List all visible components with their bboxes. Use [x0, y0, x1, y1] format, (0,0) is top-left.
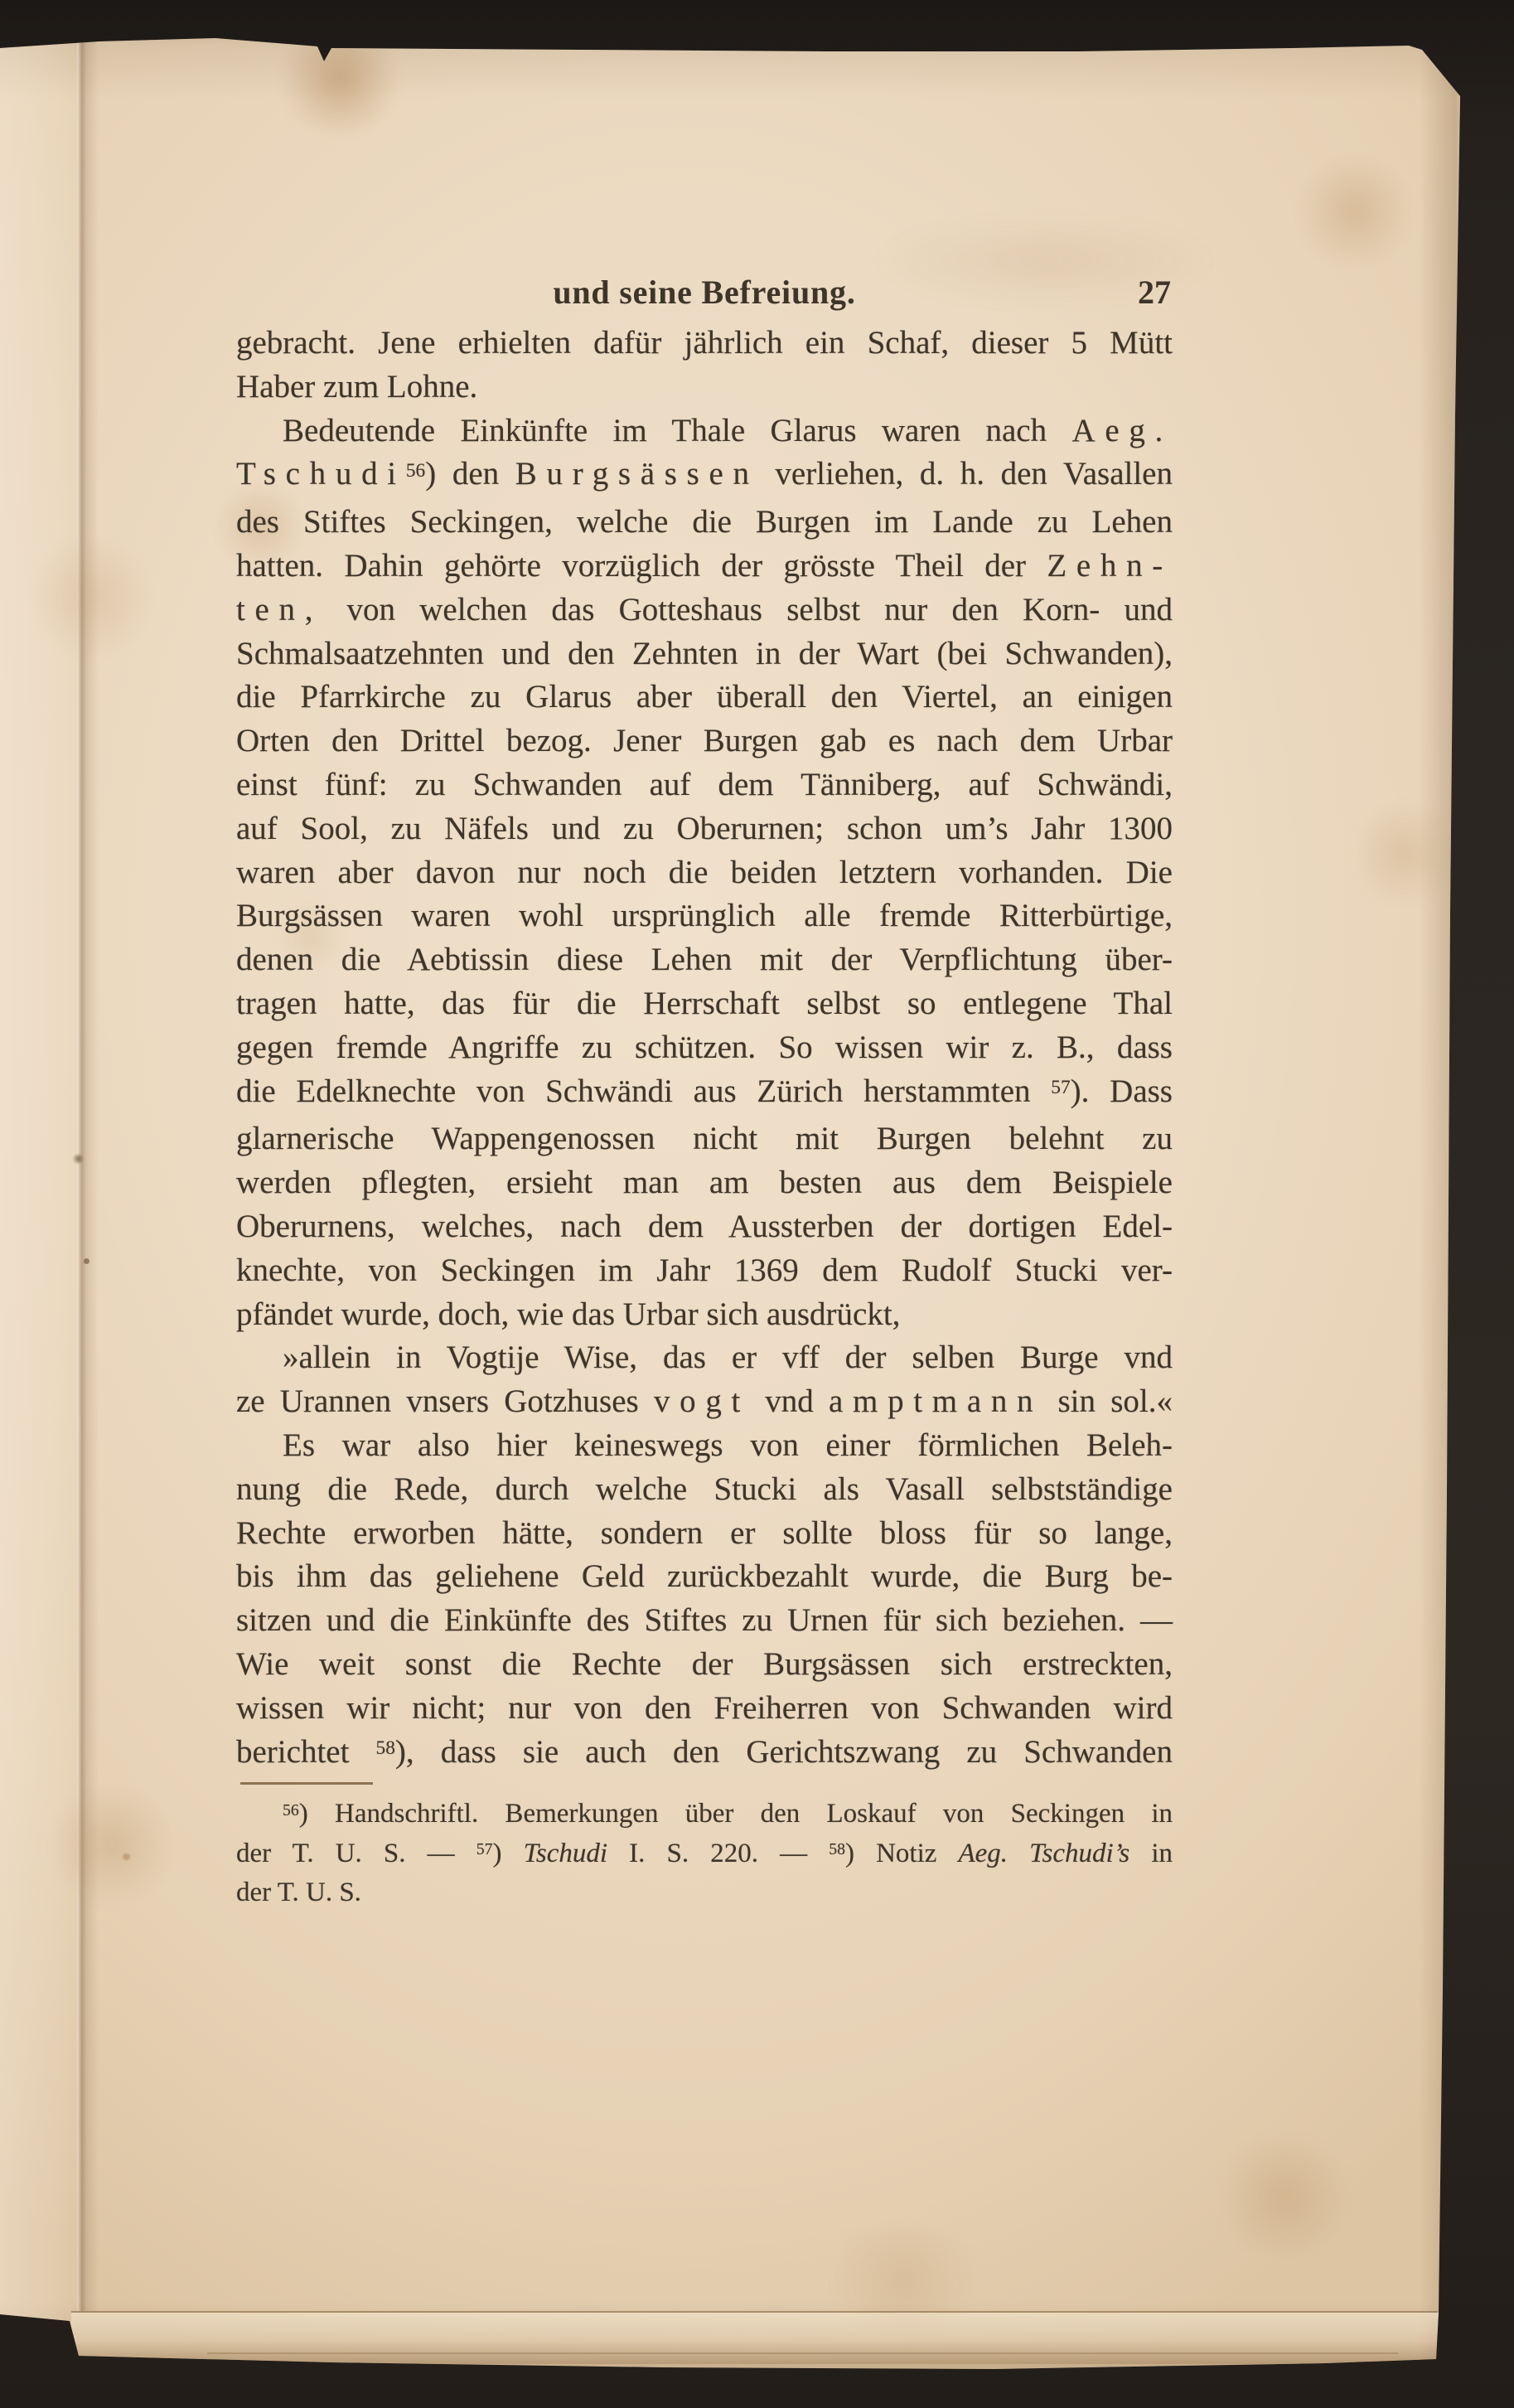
text-segment: die Pfarrkirche zu Glarus aber überall d…	[236, 679, 1173, 715]
printed-content: und seine Befreiung. 27 gebracht. Jene e…	[0, 0, 1514, 2408]
body-text: gebracht. Jene erhielten dafür jährlich …	[236, 322, 1173, 1778]
body-text-line: ze Urannen vnsers Gotzhuses vogt vnd amp…	[236, 1380, 1173, 1424]
body-text-line: des Stiftes Seckingen, welche die Burgen…	[236, 501, 1173, 545]
text-segment: der T. U. S. —	[236, 1839, 476, 1868]
text-segment: Burgsässen waren wohl ursprünglich alle …	[236, 898, 1173, 933]
body-text-line: auf Sool, zu Näfels und zu Oberurnen; sc…	[236, 807, 1173, 851]
text-segment: Tschudi	[236, 456, 406, 492]
text-segment: Tschudi	[524, 1839, 607, 1868]
body-text-line: »allein in Vogtije Wise, das er vff der …	[236, 1336, 1173, 1380]
footnote-line: der T. U. S. — 57) Tschudi I. S. 220. — …	[236, 1836, 1173, 1876]
text-segment: des Stiftes Seckingen, welche die Burgen…	[236, 504, 1173, 540]
text-segment: tragen hatte, das für die Herrschaft sel…	[236, 986, 1173, 1021]
text-segment: Burgsässen	[515, 456, 759, 492]
text-segment: Schmalsaatzehnten und den Zehnten in der…	[236, 636, 1173, 671]
text-segment: Orten den Drittel bezog. Jener Burgen ga…	[236, 723, 1173, 758]
body-text-line: nung die Rede, durch welche Stucki als V…	[236, 1468, 1173, 1512]
body-text-line: sitzen und die Einkünfte des Stiftes zu …	[236, 1599, 1173, 1643]
text-segment: werden pflegten, ersieht man am besten a…	[236, 1165, 1173, 1200]
body-text-line: die Edelknechte von Schwändi aus Zürich …	[236, 1070, 1173, 1118]
body-text-line: gegen fremde Angriffe zu schützen. So wi…	[236, 1026, 1173, 1070]
body-text-line: tragen hatte, das für die Herrschaft sel…	[236, 982, 1173, 1026]
body-text-line: Oberurnens, welches, nach dem Aussterben…	[236, 1205, 1173, 1249]
footnote-marker: 56	[406, 460, 425, 482]
text-segment: waren aber davon nur noch die beiden let…	[236, 855, 1173, 890]
body-text-line: werden pflegten, ersieht man am besten a…	[236, 1161, 1173, 1205]
text-segment: ten,	[236, 592, 322, 627]
text-segment: verliehen, d. h. den Vasallen	[759, 456, 1173, 492]
text-segment: nung die Rede, durch welche Stucki als V…	[236, 1471, 1173, 1507]
body-text-line: Es war also hier keineswegs von einer fö…	[236, 1424, 1173, 1468]
body-text-line: bis ihm das geliehene Geld zurückbezahlt…	[236, 1555, 1173, 1599]
text-segment: wissen wir nicht; nur von den Freiherren…	[236, 1690, 1173, 1726]
text-segment: Aeg. Tschudi’s	[959, 1839, 1130, 1868]
body-text-line: die Pfarrkirche zu Glarus aber überall d…	[236, 676, 1173, 719]
body-text-line: Rechte erworben hätte, sondern er sollte…	[236, 1512, 1173, 1556]
text-segment: denen die Aebtissin diese Lehen mit der …	[236, 942, 1173, 977]
text-segment: auf Sool, zu Näfels und zu Oberurnen; sc…	[236, 811, 1173, 846]
text-segment: ) Handschriftl. Bemerkungen über den Los…	[299, 1799, 1173, 1829]
text-segment: Es war also hier keineswegs von einer fö…	[283, 1427, 1173, 1463]
text-segment: gebracht. Jene erhielten dafür jährlich …	[236, 325, 1173, 361]
text-segment: ), dass sie auch den Gerichtszwang zu Sc…	[395, 1734, 1173, 1770]
body-text-line: hatten. Dahin gehörte vorzüglich der grö…	[236, 545, 1173, 589]
text-segment: vogt	[654, 1383, 750, 1419]
footnote-marker: 56	[283, 1801, 299, 1819]
footnote-marker: 58	[829, 1840, 845, 1858]
text-segment: gegen fremde Angriffe zu schützen. So wi…	[236, 1030, 1173, 1065]
footnote-marker: 57	[1051, 1077, 1070, 1098]
body-text-line: gebracht. Jene erhielten dafür jährlich …	[236, 322, 1173, 366]
text-segment: Aeg.	[1071, 413, 1173, 448]
body-text-line: waren aber davon nur noch die beiden let…	[236, 851, 1173, 895]
footnote-rule	[240, 1782, 373, 1785]
text-segment: sin sol.«	[1042, 1383, 1173, 1419]
body-text-line: berichtet 58), dass sie auch den Gericht…	[236, 1731, 1173, 1779]
text-segment: knechte, von Seckingen im Jahr 1369 dem …	[236, 1252, 1173, 1288]
text-segment: Bedeutende Einkünfte im Thale Glarus war…	[283, 413, 1071, 448]
body-text-line: Burgsässen waren wohl ursprünglich alle …	[236, 894, 1173, 938]
text-segment: die Edelknechte von Schwändi aus Zürich …	[236, 1073, 1051, 1109]
text-segment: der T. U. S.	[236, 1877, 361, 1907]
text-segment: Wie weit sonst die Rechte der Burgsässen…	[236, 1646, 1173, 1682]
body-text-line: einst fünf: zu Schwanden auf dem Tännibe…	[236, 763, 1173, 807]
text-segment: Zehn-	[1047, 548, 1173, 584]
text-segment: »allein in Vogtije Wise, das er vff der …	[283, 1340, 1173, 1375]
footnote-line: der T. U. S.	[236, 1875, 1173, 1911]
body-text-line: Schmalsaatzehnten und den Zehnten in der…	[236, 632, 1173, 676]
text-segment: Haber zum Lohne.	[236, 369, 477, 405]
text-segment: einst fünf: zu Schwanden auf dem Tännibe…	[236, 767, 1173, 802]
text-segment: glarnerische Wappengenossen nicht mit Bu…	[236, 1121, 1173, 1156]
text-segment: ) den	[425, 456, 515, 492]
text-segment: in	[1129, 1839, 1173, 1868]
body-text-line: wissen wir nicht; nur von den Freiherren…	[236, 1687, 1173, 1731]
text-segment: sitzen und die Einkünfte des Stiftes zu …	[236, 1602, 1173, 1638]
text-segment: bis ihm das geliehene Geld zurückbezahlt…	[236, 1558, 1173, 1594]
body-text-line: Bedeutende Einkünfte im Thale Glarus war…	[236, 409, 1173, 453]
text-segment: amptmann	[829, 1383, 1042, 1419]
body-text-line: ten, von welchen das Gotteshaus selbst n…	[236, 589, 1173, 632]
text-segment: Oberurnens, welches, nach dem Aussterben…	[236, 1209, 1173, 1244]
running-title: und seine Befreiung.	[236, 273, 1173, 313]
page-number: 27	[1138, 273, 1171, 313]
footnotes: 56) Handschriftl. Bemerkungen über den L…	[236, 1796, 1173, 1911]
body-text-line: Wie weit sonst die Rechte der Burgsässen…	[236, 1643, 1173, 1687]
text-segment: vnd	[750, 1383, 829, 1419]
text-segment: I. S. 220. —	[607, 1839, 829, 1868]
body-text-line: denen die Aebtissin diese Lehen mit der …	[236, 938, 1173, 982]
footnote-marker: 57	[476, 1840, 493, 1858]
body-text-line: Orten den Drittel bezog. Jener Burgen ga…	[236, 719, 1173, 763]
footnote-marker: 58	[376, 1737, 395, 1759]
text-segment: berichtet	[236, 1734, 376, 1770]
text-segment: ) Notiz	[845, 1839, 959, 1868]
text-segment: ze Urannen vnsers Gotzhuses	[236, 1383, 654, 1419]
text-segment: hatten. Dahin gehörte vorzüglich der grö…	[236, 548, 1047, 584]
body-text-line: Tschudi56) den Burgsässen verliehen, d. …	[236, 453, 1173, 501]
footnote-line: 56) Handschriftl. Bemerkungen über den L…	[236, 1796, 1173, 1836]
body-text-line: pfändet wurde, doch, wie das Urbar sich …	[236, 1293, 1173, 1337]
body-text-line: knechte, von Seckingen im Jahr 1369 dem …	[236, 1249, 1173, 1293]
body-text-line: Haber zum Lohne.	[236, 366, 1173, 409]
text-segment: von welchen das Gotteshaus selbst nur de…	[322, 592, 1173, 627]
running-header: und seine Befreiung. 27	[236, 273, 1173, 314]
text-segment: pfändet wurde, doch, wie das Urbar sich …	[236, 1296, 900, 1332]
body-text-line: glarnerische Wappengenossen nicht mit Bu…	[236, 1117, 1173, 1161]
book-scan: { "document": { "language": "de", "runni…	[0, 0, 1514, 2408]
text-segment: Rechte erworben hätte, sondern er sollte…	[236, 1515, 1173, 1551]
text-segment: ). Dass	[1071, 1073, 1173, 1109]
text-segment: )	[493, 1839, 524, 1868]
